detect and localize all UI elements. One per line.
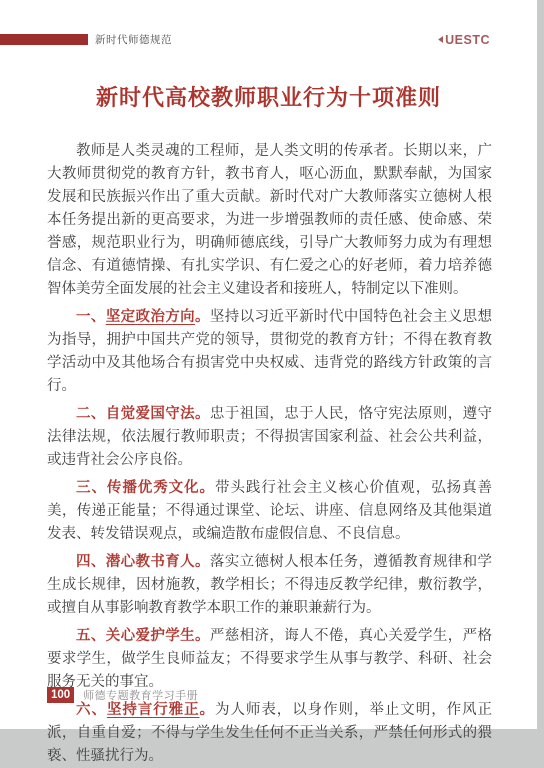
- uestc-logo-icon: [438, 36, 443, 43]
- section-label: 新时代师德规范: [95, 32, 172, 47]
- guideline-number: 四、: [76, 554, 106, 570]
- guideline-title: 潜心教书育人: [106, 554, 195, 570]
- guideline-item-2: 二、自觉爱国守法。忠于祖国，忠于人民，恪守宪法原则，遵守法律法规，依法履行教师职…: [47, 403, 492, 472]
- guideline-period: 。: [195, 309, 210, 325]
- page-header: 新时代师德规范 UESTC: [0, 33, 537, 46]
- page-footer: 100 师德专题教育学习手册: [47, 687, 198, 703]
- guideline-period: 。: [195, 554, 210, 570]
- guideline-number: 五、: [76, 628, 106, 644]
- guideline-head: 五、关心爱护学生。: [76, 628, 210, 644]
- guideline-item-1: 一、坚定政治方向。坚持以习近平新时代中国特色社会主义思想为指导，拥护中国共产党的…: [47, 306, 492, 398]
- guideline-period: 。: [195, 628, 210, 644]
- guideline-number: 六、: [76, 702, 107, 718]
- guideline-number: 一、: [76, 309, 106, 325]
- uestc-logo-text: UESTC: [445, 33, 490, 47]
- guideline-head: 一、坚定政治方向。: [76, 309, 210, 325]
- guideline-number: 二、: [76, 406, 106, 422]
- uestc-logo: UESTC: [438, 33, 490, 47]
- guideline-period: 。: [195, 406, 210, 422]
- guideline-item-5: 五、关心爱护学生。严慈相济，诲人不倦，真心关爱学生，严格要求学生，做学生良师益友…: [47, 625, 492, 694]
- guideline-number: 三、: [76, 480, 107, 496]
- guideline-title: 坚定政治方向: [106, 309, 195, 325]
- guideline-period: 。: [200, 480, 215, 496]
- guideline-period: 。: [200, 702, 215, 718]
- book-title: 师德专题教育学习手册: [83, 687, 198, 703]
- guideline-title: 坚持言行雅正: [107, 702, 200, 718]
- guideline-title: 自觉爱国守法: [106, 406, 195, 422]
- page-title: 新时代高校教师职业行为十项准则: [0, 83, 537, 113]
- page-number-badge: 100: [47, 687, 74, 703]
- guideline-item-6: 六、坚持言行雅正。为人师表，以身作则，举止文明，作风正派，自重自爱；不得与学生发…: [47, 699, 492, 736]
- guideline-title: 关心爱护学生: [106, 628, 195, 644]
- intro-paragraph: 教师是人类灵魂的工程师，是人类文明的传承者。长期以来，广大教师贯彻党的教育方针，…: [47, 140, 492, 301]
- guideline-item-3: 三、传播优秀文化。带头践行社会主义核心价值观，弘扬真善美，传递正能量；不得通过课…: [47, 477, 492, 546]
- guideline-head: 四、潜心教书育人。: [76, 554, 210, 570]
- guideline-head: 二、自觉爱国守法。: [76, 406, 210, 422]
- header-red-bar: [0, 34, 88, 45]
- guideline-head: 三、传播优秀文化。: [76, 480, 215, 496]
- document-page: 新时代师德规范 UESTC 新时代高校教师职业行为十项准则 教师是人类灵魂的工程…: [0, 0, 537, 729]
- guideline-head: 六、坚持言行雅正。: [76, 702, 215, 718]
- guideline-title: 传播优秀文化: [107, 480, 200, 496]
- guideline-item-4: 四、潜心教书育人。落实立德树人根本任务，遵循教育规律和学生成长规律，因材施教，教…: [47, 551, 492, 620]
- document-body: 教师是人类灵魂的工程师，是人类文明的传承者。长期以来，广大教师贯彻党的教育方针，…: [47, 140, 492, 736]
